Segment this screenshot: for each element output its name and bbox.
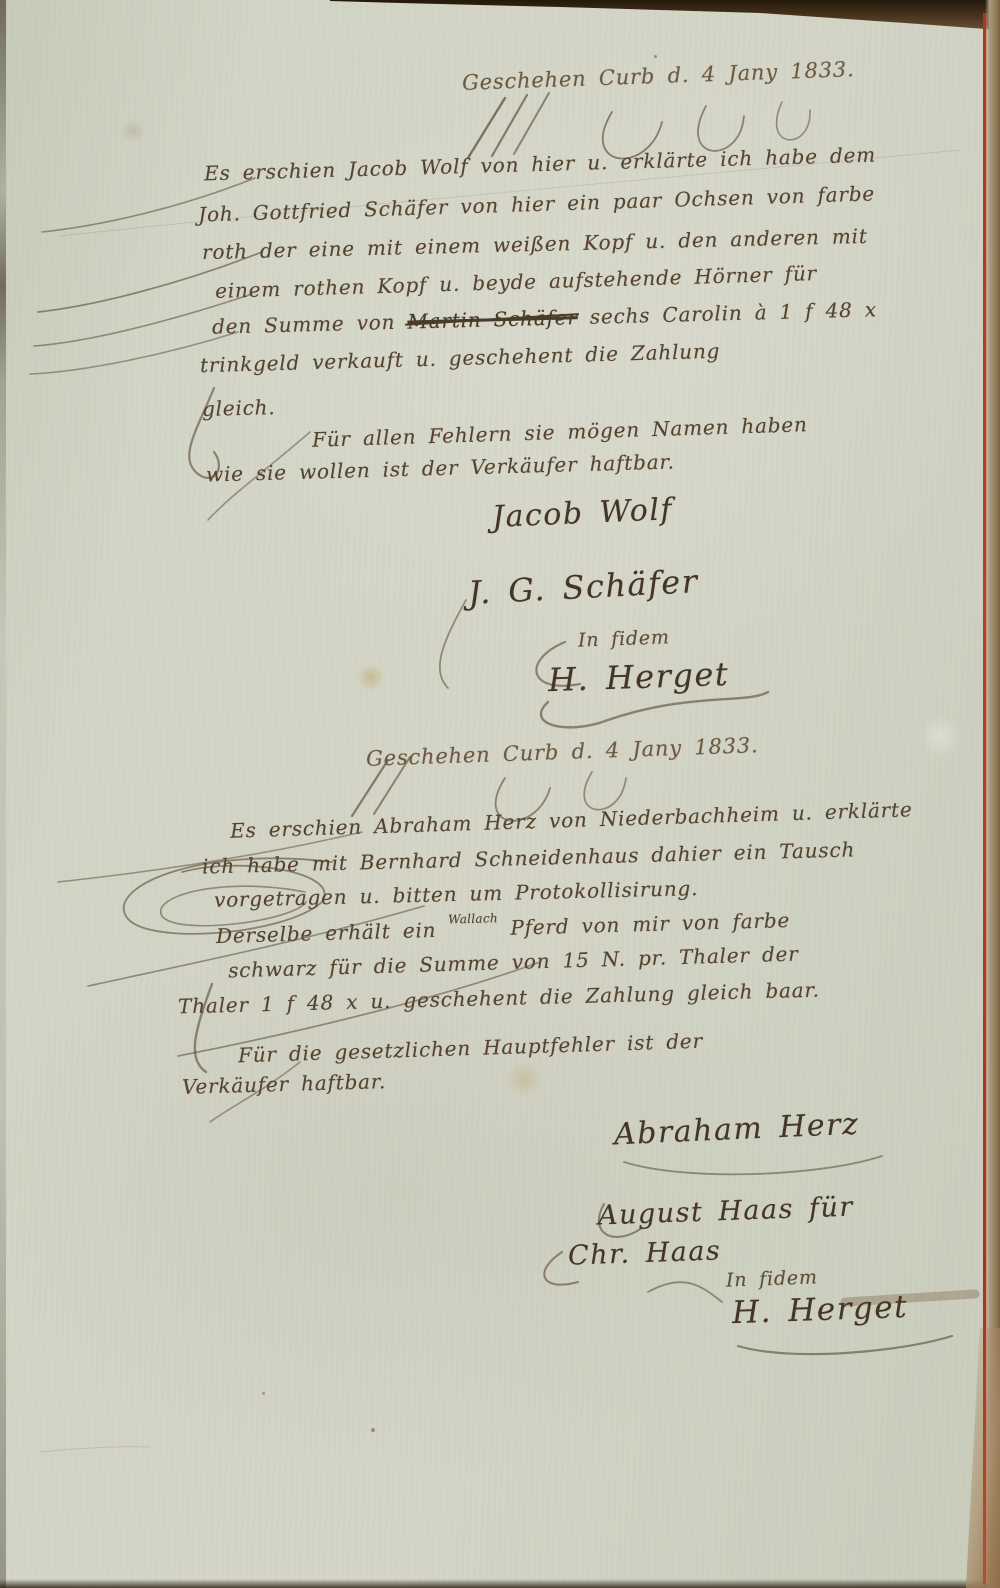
entry2-body-line-5: schwarz für die Summe von 15 N. pr. Thal…: [228, 942, 799, 983]
entry2-attestation-note: In fidem: [726, 1266, 818, 1291]
entry1-body-line-1: Es erschien Jacob Wolf von hier u. erklä…: [204, 143, 876, 186]
ink-speck: [371, 1428, 375, 1432]
red-margin-rule: [983, 13, 986, 1584]
entry2-body-line-7: Für die gesetzlichen Hauptfehler ist der: [238, 1029, 703, 1068]
entry2-attestation-official-signature: H. Herget: [731, 1289, 908, 1331]
crossed-out-word: Martin Schäfer: [407, 305, 578, 333]
entry1-body-line-9: wie sie wollen ist der Verkäufer haftbar…: [206, 449, 675, 486]
entry2-heading-date: Geschehen Curb d. 4 Jany 1833.: [366, 733, 759, 771]
entry1-signature-buyer: J. G. Schäfer: [467, 562, 699, 612]
paper-stain: [918, 716, 962, 756]
entry2-body-line-1: Es erschien Abraham Herz von Niederbachh…: [230, 797, 913, 842]
entry2-body-line-4: Derselbe erhält ein Wallach Pferd von mi…: [216, 908, 791, 948]
entry2-body-line-8: Verkäufer haftbar.: [182, 1069, 387, 1099]
entry2-signature-witness-1: August Haas für: [598, 1192, 855, 1232]
entry1-signature-seller: Jacob Wolf: [491, 492, 673, 535]
entry2-body-line-2: ich habe mit Bernhard Schneidenhaus dahi…: [202, 837, 856, 878]
sum-line-pre: den Summe von: [212, 310, 408, 339]
entry1-body-line-8: Für allen Fehlern sie mögen Namen haben: [312, 412, 808, 452]
inserted-word-above-line: Wallach: [448, 911, 498, 926]
entry1-heading-date: Geschehen Curb d. 4 Jany 1833.: [462, 57, 855, 95]
paper-stain: [356, 664, 386, 690]
entry1-body-line-6: trinkgeld verkauft u. geschehent die Zah…: [200, 339, 721, 378]
paper-stain: [120, 120, 146, 142]
horse-line-post: Pferd von mir von farbe: [498, 908, 790, 940]
entry1-attestation-official-signature: H. Herget: [547, 655, 729, 699]
book-binding-top-edge: [0, 0, 1000, 30]
page-bottom-edge-shadow: [0, 1579, 1000, 1588]
sum-line-amount: sechs Carolin à 1 f 48 x: [577, 297, 877, 329]
paper-stain: [504, 1062, 544, 1096]
entry1-body-line-4: einem rothen Kopf u. beyde aufstehende H…: [215, 261, 818, 303]
entry1-body-line-5: den Summe von Martin Schäfer sechs Carol…: [212, 297, 877, 338]
ink-speck: [654, 55, 657, 58]
entry1-body-line-3: roth der eine mit einem weißen Kopf u. d…: [202, 224, 868, 264]
entry2-signature-witness-2: Chr. Haas: [568, 1235, 722, 1271]
entry1-attestation-note: In fidem: [578, 626, 670, 651]
entry1-body-line-2: Joh. Gottfried Schäfer von hier ein paar…: [198, 181, 876, 226]
entry2-body-line-6: Thaler 1 f 48 x u. geschehent die Zahlun…: [178, 978, 820, 1019]
entry1-body-line-7: gleich.: [202, 395, 276, 421]
manuscript-page: Geschehen Curb d. 4 Jany 1833. Es erschi…: [0, 0, 1000, 1588]
entry2-signature-seller: Abraham Herz: [613, 1107, 860, 1153]
entry2-body-line-3: vorgetragen u. bitten um Protokollisirun…: [214, 876, 699, 912]
page-left-edge-shadow: [0, 0, 6, 1588]
horse-line-pre: Derselbe erhält ein: [216, 918, 449, 948]
ink-speck: [262, 1392, 265, 1395]
